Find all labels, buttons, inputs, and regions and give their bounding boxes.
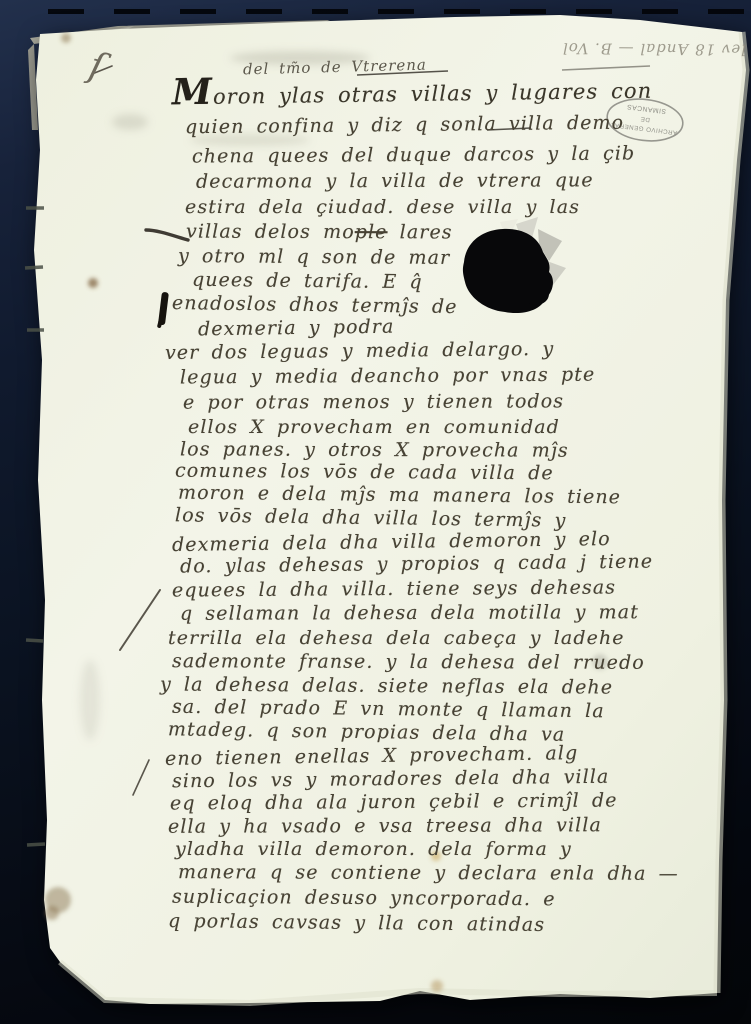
manuscript-text-line: decarmona y la villa de vtrera que (196, 169, 594, 192)
photograph-of-manuscript: ſ del tm̃o de Vtrerena lev 18 Andal — B.… (0, 0, 751, 1024)
manuscript-text-line: quees de tarifa. E q̂ (192, 269, 423, 293)
manuscript-text-line: ella y ha vsado e vsa treesa dha villa (168, 814, 602, 838)
archival-inscription: lev 18 Andal — B. Vol (560, 39, 746, 59)
manuscript-text-line: y la dehesa delas. siete neflas ela dehe (160, 673, 613, 698)
stamp-text-line2: DE (640, 115, 650, 123)
manuscript-text-line: sino los vs y moradores dela dha villa (172, 766, 610, 793)
manuscript-text-line: q sellaman la dehesa dela motilla y mat (180, 601, 639, 625)
manuscript-text-line: q porlas cavsas y lla con atindas (168, 910, 545, 936)
manuscript-text-line: yladha villa demoron. dela forma y (175, 838, 572, 860)
manuscript-text-line: sademonte franse. y la dehesa del rruedo (172, 650, 645, 674)
manuscript-text-line: equees la dha villa. tiene seys dehesas (172, 576, 616, 601)
manuscript-text-line: comunes los vōs de cada villa de (175, 460, 554, 485)
manuscript-text-line: chena quees del duque darcos y la çib (192, 142, 635, 167)
manuscript-text-line: terrilla ela dehesa dela cabeça y ladehe (168, 627, 625, 649)
illuminated-initial: M (172, 71, 214, 114)
manuscript-text-line: quien confina y diz q sonla villa demo (185, 112, 624, 139)
stamp-text-line3: SIMANCAS (626, 103, 666, 115)
manuscript-text-line: estira dela çiudad. dese villa y las (185, 196, 580, 218)
manuscript-text-line: enadoslos dhos termĵs de (172, 292, 458, 318)
manuscript-text-line: los panes. y otros X provecha mĵs (180, 438, 569, 461)
manuscript-text-line: dexmeria y podra (198, 316, 395, 341)
manuscript-text-line: y otro ml q son de mar (178, 245, 450, 269)
manuscript-text-line: villas delos mople lares (186, 221, 453, 244)
manuscript-text-line: suplicaçion desuso yncorporada. e (172, 886, 556, 911)
manuscript-text-line: legua y media deancho por vnas pte (180, 364, 595, 389)
manuscript-text-line: manera q se contiene y declara enla dha … (178, 861, 679, 885)
manuscript-text-line: ver dos leguas y media delargo. y (165, 338, 554, 364)
manuscript-text-line: e por otras menos y tienen todos (183, 390, 564, 413)
manuscript-text-line: eq eloq dha ala juron çebil e crimĵl de (170, 789, 618, 814)
manuscript-text-line: ellos X provecham en comunidad (188, 416, 560, 438)
